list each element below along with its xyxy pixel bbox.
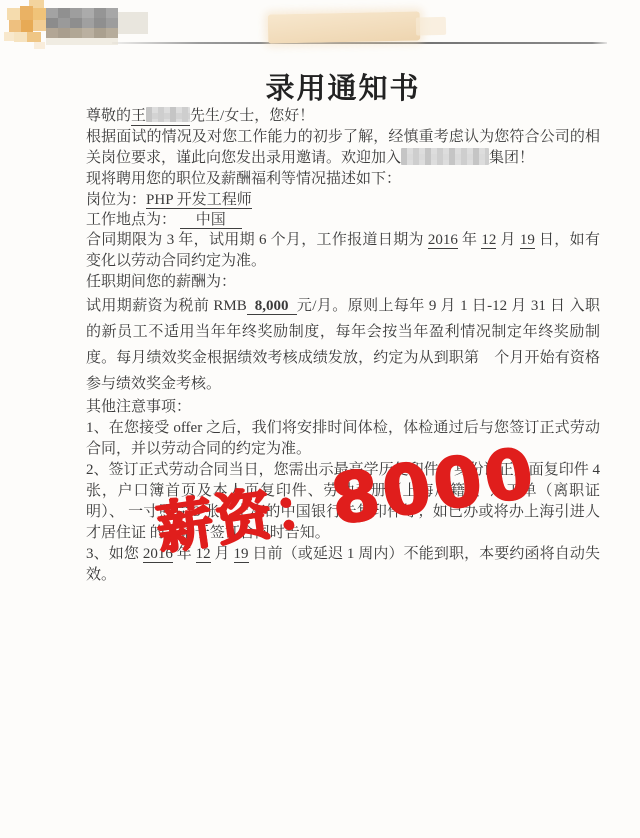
- location-line: 工作地点为： 中国: [86, 210, 600, 230]
- describe-line: 现将聘用您的职位及薪酬福利等情况描述如下：: [86, 169, 600, 190]
- intro-paragraph: 根据面试的情况及对您工作能力的初步了解，经慎重考虑认为您符合公司的相关岗位要求，…: [86, 127, 600, 169]
- contract-text: 年: [458, 232, 481, 248]
- page-title: 录用通知书: [86, 72, 600, 106]
- salary-paragraph: 试用期薪资为税前 RMB8,000元/月。原则上每年 9 月 1 日-12 月 …: [86, 293, 600, 397]
- salary-text: 试用期薪资为税前 RMB: [86, 298, 247, 314]
- salary-section-label: 任职期间您的薪酬为：: [86, 272, 600, 293]
- notes-section-label: 其他注意事项：: [86, 397, 600, 418]
- greeting-prefix: 尊敬的: [86, 108, 131, 124]
- location-label: 工作地点为：: [86, 212, 176, 228]
- note-3-text: 3、如您: [86, 546, 143, 562]
- greeting-line: 尊敬的王先生/女士，您好！: [86, 106, 600, 127]
- company-logo-blurred-icon: [0, 0, 155, 52]
- redacted-given-name: [146, 107, 190, 122]
- letterhead: [0, 0, 640, 48]
- intro-text-tail: 集团！: [489, 150, 534, 166]
- redacted-company-name: [401, 148, 489, 165]
- start-month: 12: [481, 232, 496, 249]
- letterhead-divider: [112, 42, 607, 44]
- location-value: 中国: [180, 212, 242, 229]
- position-line: 岗位为：PHP 开发工程师: [86, 190, 600, 210]
- recipient-surname: 王: [131, 108, 146, 124]
- greeting-suffix: 先生/女士，您好！: [190, 108, 314, 124]
- start-day: 19: [520, 232, 535, 249]
- contract-text: 合同期限为 3 年，试用期 6 个月，工作报道日期为: [86, 232, 428, 248]
- recipient-name: 王: [131, 108, 190, 126]
- contract-text: 月: [496, 232, 519, 248]
- letterhead-redaction: [268, 11, 421, 43]
- position-value: PHP 开发工程师: [146, 192, 252, 209]
- salary-amount: 8,000: [247, 298, 297, 315]
- offer-letter-document: 录用通知书 尊敬的王先生/女士，您好！ 根据面试的情况及对您工作能力的初步了解，…: [0, 0, 640, 838]
- position-label: 岗位为：: [86, 192, 146, 208]
- start-year: 2016: [428, 232, 458, 249]
- contract-paragraph: 合同期限为 3 年，试用期 6 个月，工作报道日期为 2016 年 12 月 1…: [86, 230, 600, 272]
